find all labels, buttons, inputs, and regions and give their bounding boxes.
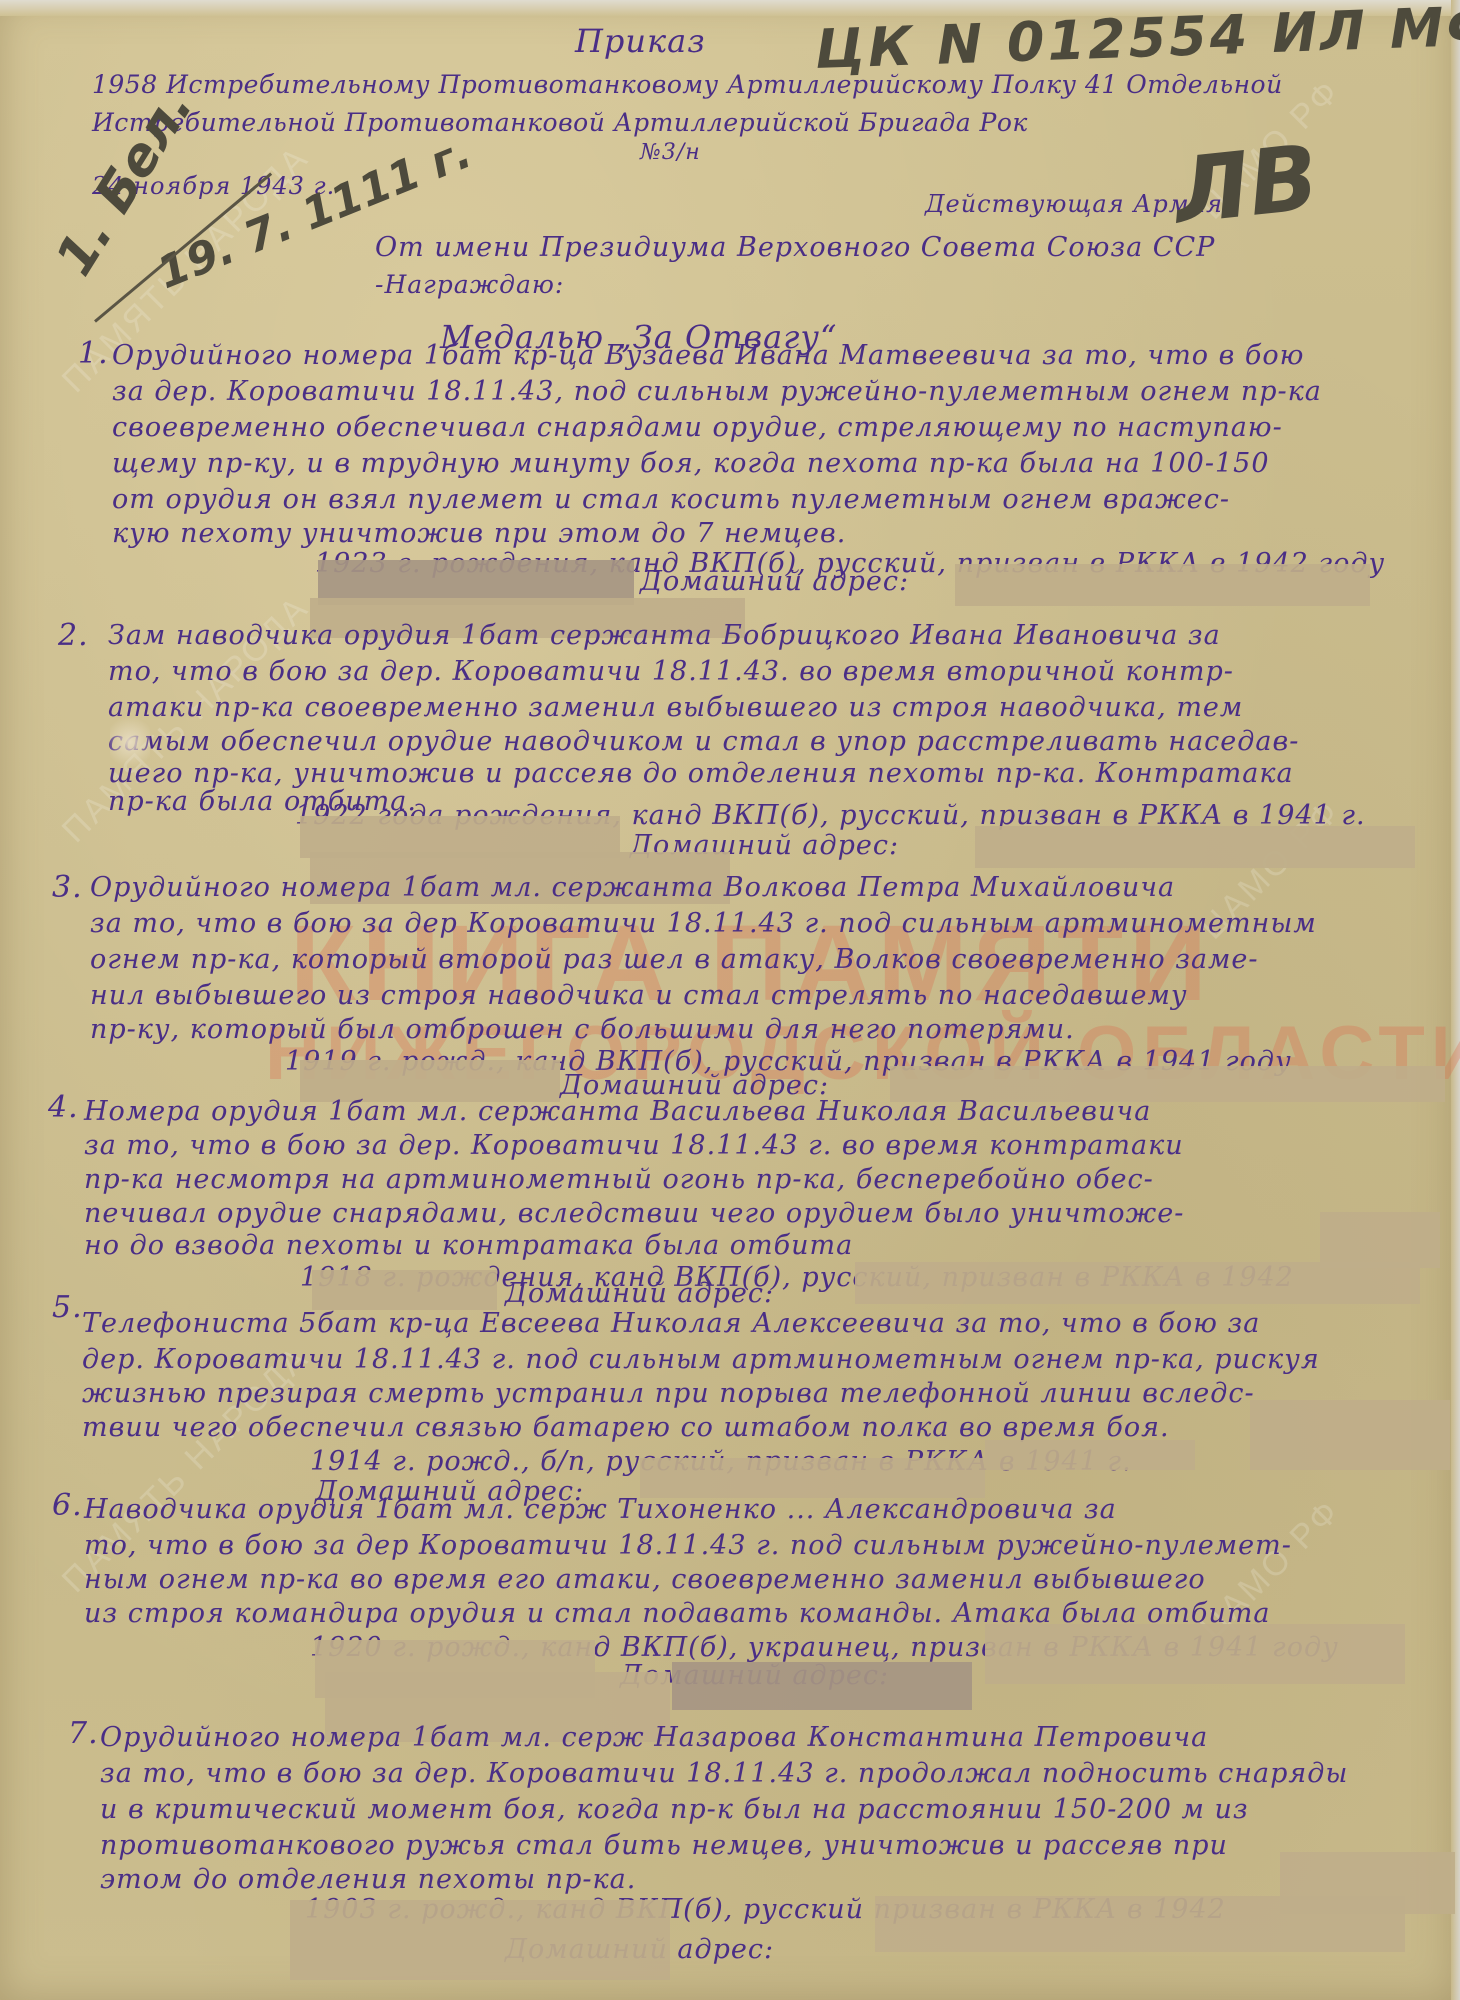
- entry-line: Зам наводчика орудия 1бат сержанта Бобри…: [108, 620, 1221, 651]
- redaction-box: [672, 1662, 972, 1710]
- redaction-box: [855, 1262, 1420, 1304]
- entry-line: огнем пр-ка, который второй раз шел в ат…: [90, 944, 1259, 975]
- redaction-box: [985, 1624, 1405, 1684]
- entry-line: жизнью презирая смерть устранил при поры…: [82, 1378, 1255, 1409]
- redaction-box: [875, 1896, 1405, 1952]
- entry-number: 2.: [58, 618, 89, 653]
- redaction-box: [1320, 1212, 1440, 1268]
- paper-stain: [110, 712, 150, 772]
- entry-line: дер. Короватичи 18.11.43 г. под сильным …: [82, 1344, 1320, 1375]
- entry-number: 5.: [52, 1290, 83, 1325]
- entry-line: своевременно обеспечивал снарядами оруди…: [112, 412, 1283, 443]
- entry-line: ным огнем пр-ка во время его атаки, свое…: [84, 1564, 1206, 1595]
- entry-line: Орудийного номера 1бат мл. серж Назарова…: [100, 1722, 1208, 1753]
- entry-line: Наводчика орудия 1бат мл. серж Тихоненко…: [84, 1494, 1117, 1525]
- entry-number: 1.: [78, 336, 109, 371]
- address-label: Домашний адрес:: [505, 1278, 774, 1309]
- redaction-box: [640, 1458, 985, 1498]
- entry-line: пр-ку, который был отброшен с большими д…: [90, 1014, 1075, 1045]
- entry-line: то, что в бою за дер Короватичи 18.11.43…: [84, 1530, 1292, 1561]
- preamble-line-1: От имени Президиума Верховного Совета Со…: [375, 232, 1215, 263]
- entry-line: нил выбывшего из строя наводчика и стал …: [90, 980, 1188, 1011]
- entry-line: Телефониста 5бат кр-ца Евсеева Николая А…: [82, 1308, 1260, 1339]
- entry-number: 3.: [52, 870, 83, 905]
- redaction-box: [975, 826, 1415, 868]
- entry-line: за то, что в бою за дер. Короватичи 18.1…: [100, 1758, 1348, 1789]
- redaction-box: [312, 1270, 497, 1310]
- entry-line: кую пехоту уничтожив при этом до 7 немце…: [112, 518, 846, 549]
- entry-line: этом до отделения пехоты пр-ка.: [100, 1864, 636, 1895]
- entry-number: 7.: [68, 1716, 99, 1751]
- entry-line: атаки пр-ка своевременно заменил выбывше…: [108, 692, 1243, 723]
- entry-line: щему пр-ку, и в трудную минуту боя, когд…: [112, 448, 1270, 479]
- entry-line: противотанкового ружья стал бить немцев,…: [100, 1830, 1228, 1861]
- preamble-line-2: -Награждаю:: [375, 270, 564, 299]
- entry-line: пр-ка несмотря на артминометный огонь пр…: [84, 1164, 1154, 1195]
- entry-line: но до взвода пехоты и контратака была от…: [84, 1230, 853, 1261]
- address-label: Домашний адрес:: [640, 566, 909, 597]
- order-number: №3/н: [640, 140, 701, 165]
- entry-line: от орудия он взял пулемет и стал косить …: [112, 484, 1230, 515]
- entry-line: Номера орудия 1бат мл. сержанта Васильев…: [84, 1096, 1151, 1127]
- entry-line: за то, что в бою за дер Короватичи 18.11…: [90, 908, 1317, 939]
- entry-line: печивал орудие снарядами, вследствии чег…: [84, 1198, 1184, 1229]
- entry-line: Орудийного номера 1бат кр-ца Бузаева Ива…: [112, 340, 1304, 371]
- entry-line: шего пр-ка, уничтожив и рассеяв до отдел…: [108, 758, 1294, 789]
- unit-line-1: 1958 Истребительному Противотанковому Ар…: [92, 70, 1283, 99]
- redaction-box: [955, 564, 1370, 606]
- redaction-box: [1250, 1400, 1450, 1470]
- entry-line: Орудийного номера 1бат мл. сержанта Волк…: [90, 872, 1175, 903]
- document-page: ПАМЯТЬ НАРОДА ЦАМО РФ ПАМЯТЬ НАРОДА ЦАМО…: [0, 0, 1455, 2000]
- redaction-box: [985, 1440, 1195, 1470]
- unit-line-2: Истребительной Противотанковой Артиллери…: [92, 108, 1028, 137]
- entry-line: за дер. Короватичи 18.11.43, под сильным…: [112, 376, 1322, 407]
- redaction-box: [290, 1900, 670, 1980]
- document-title: Приказ: [575, 22, 706, 60]
- entry-number: 6.: [52, 1488, 83, 1523]
- signature-mark: ЛВ: [1170, 125, 1324, 244]
- entry-number: 4.: [48, 1090, 79, 1125]
- entry-line: твии чего обеспечил связью батарею со шт…: [82, 1412, 1170, 1443]
- page-right-edge: [1451, 0, 1460, 2000]
- entry-line: то, что в бою за дер. Короватичи 18.11.4…: [108, 656, 1234, 687]
- entry-line: и в критический момент боя, когда пр-к б…: [100, 1794, 1249, 1825]
- entry-line: за то, что в бою за дер. Короватичи 18.1…: [84, 1130, 1184, 1161]
- entry-line: самым обеспечил орудие наводчиком и стал…: [108, 726, 1299, 757]
